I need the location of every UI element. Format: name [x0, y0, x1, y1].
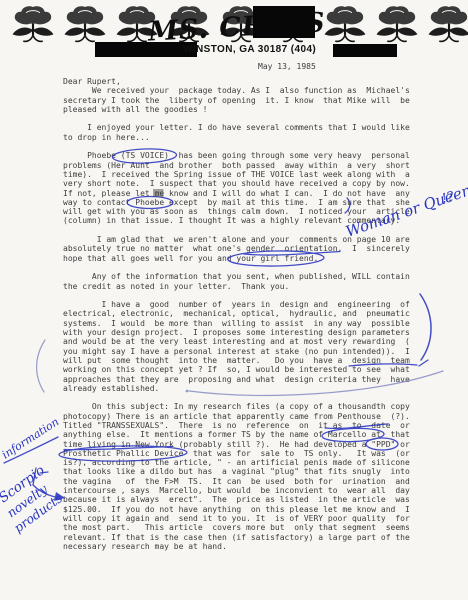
handwriting-novelty: novelty — [4, 481, 51, 521]
redaction-box — [333, 44, 397, 57]
letter-body: Dear Rupert, We received your package to… — [63, 77, 410, 551]
handwriting-exclamation: !? — [440, 189, 457, 207]
flower-icon — [322, 5, 368, 48]
redaction-box — [253, 6, 315, 38]
handwriting-information: information — [0, 415, 61, 461]
flower-icon — [10, 5, 56, 48]
handwriting-products: products — [11, 490, 65, 535]
letter-date: May 13, 1985 — [258, 62, 316, 71]
pen-bracket-right — [420, 294, 431, 360]
letterhead-address: WINSTON, GA 30187 (404) — [183, 44, 316, 55]
pen-bracket-left — [37, 340, 45, 392]
handwriting-scorpio: Scorpio — [0, 462, 48, 506]
pen-arrow-margin — [33, 468, 55, 497]
flower-icon — [426, 5, 468, 48]
letter-page: MS. CHRIS WINSTON, GA 30187 (404) May 13… — [0, 0, 468, 600]
pen-underline-information — [4, 437, 58, 463]
redaction-box — [95, 42, 197, 57]
flower-icon — [374, 5, 420, 48]
